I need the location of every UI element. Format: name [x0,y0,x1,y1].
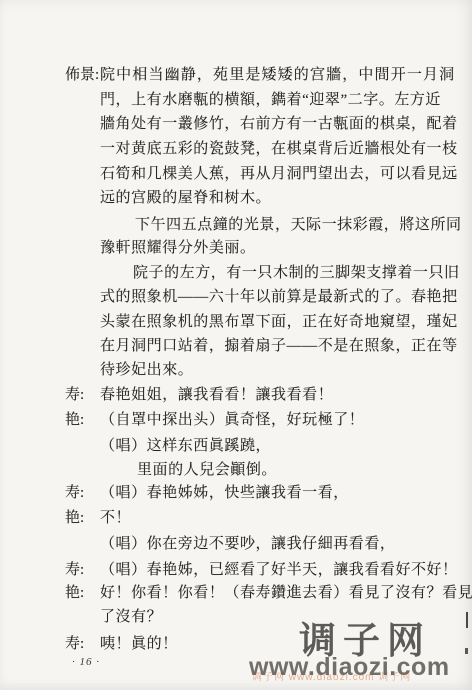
line-text: （唱）春艳姊姊，快些讓我看一看， [100,485,349,501]
dialogue-line: （唱）你在旁边不要吵，讓我仔細再看看， [65,533,395,555]
line-text: （唱）春艳姊，已經看了好半天，讓我看看好不好！ [100,562,458,578]
line-text: 院中相当幽静，苑里是矮矮的宫牆，中間开一月洞 [100,67,455,83]
dialogue-line: 寿:（唱）春艳姊姊，快些讓我看一看， [65,482,349,504]
line-text: 式的照象机——六十年以前算是最新式的了。春艳把 [100,289,458,305]
text-line: 下午四五点鐘的光景，天际一抹彩霞，將这所同 [65,214,462,236]
line-text: 牆角处有一叢修竹，右前方有一古甎面的棋桌，配着 [100,116,458,132]
speaker-label: 寿: [65,482,100,504]
dialogue-line: 了沒有？ [65,606,162,628]
line-text: 头蒙在照象机的黑布罩下面，正在好奇地窺望，瑾妃 [100,314,458,330]
watermark-url: www.diaozi.com [249,653,450,682]
line-text: 春艳姐姐，讓我看看！讓我看看！ [100,387,333,403]
speaker-label: 艳: [65,409,100,431]
line-text: 門，上有水磨甎的横額，鐫着“迎翠”二字。左方近 [100,92,441,108]
scan-edge-artifact [466,612,468,628]
line-text: 院子的左方，有一只木制的三脚架支撑着一只旧 [133,265,460,281]
line-text: 咦！眞的！ [100,636,178,652]
text-line: 豫軒照耀得分外美丽。 [65,237,256,259]
text-line: 远的宫殿的屋脊和树木。 [65,187,271,209]
text-line: 待珍妃出來。 [65,359,193,381]
line-text: 里面的人兒会顚倒。 [137,462,277,478]
speaker-label: 艳: [65,582,100,604]
dialogue-line: 艳:不！ [65,507,131,529]
page-number: · 16 · [72,656,100,668]
speaker-label: 寿: [65,384,100,406]
line-text: （唱）这样东西眞蹊蹺， [100,438,271,454]
dialogue-line: 寿:咦！眞的！ [65,633,178,655]
line-text: （唱）你在旁边不要吵，讓我仔細再看看， [100,536,395,552]
scan-edge-artifact [465,648,468,654]
line-text: 石筍和几棵美人蕉，再从月洞門望出去，可以看見远 [100,166,458,182]
text-line: 門，上有水磨甎的横額，鐫着“迎翠”二字。左方近 [65,89,441,111]
text-line: 式的照象机——六十年以前算是最新式的了。春艳把 [65,286,458,308]
text-line: 一对黄底五彩的瓷鼓凳，在棋桌背后近牆根处有一枝 [65,138,458,160]
line-text: 了沒有？ [100,609,162,625]
speaker-label: 寿: [65,559,100,581]
speaker-label: 寿: [65,633,100,655]
text-line: 头蒙在照象机的黑布罩下面，正在好奇地窺望，瑾妃 [65,311,458,333]
dialogue-line: 艳:好！你看！你看！（春寿鑽進去看）看見了沒有？看見 [65,582,472,604]
text-line: 佈景:院中相当幽静，苑里是矮矮的宫牆，中間开一月洞 [65,64,455,86]
dialogue-line: （唱）这样东西眞蹊蹺， [65,435,271,457]
line-text: 一对黄底五彩的瓷鼓凳，在棋桌背后近牆根处有一枝 [100,141,458,157]
line-text: 好！你看！你看！（春寿鑽進去看）看見了沒有？看見 [100,585,472,601]
text-line: 牆角处有一叢修竹，右前方有一古甎面的棋桌，配着 [65,113,458,135]
text-line: 院子的左方，有一只木制的三脚架支撑着一只旧 [65,262,460,284]
line-text: 不！ [100,510,131,526]
speaker-label: 艳: [65,507,100,529]
text-line: 在月洞門口站着，搧着扇子——不是在照象，正在等 [65,335,458,357]
scanned-page: 佈景:院中相当幽静，苑里是矮矮的宫牆，中間开一月洞 門，上有水磨甎的横額，鐫着“… [0,0,472,690]
line-text: （自罩中探出头）眞奇怪，好玩極了！ [100,412,364,428]
dialogue-line: 艳:（自罩中探出头）眞奇怪，好玩極了！ [65,409,364,431]
line-text: 远的宫殿的屋脊和树木。 [100,190,271,206]
line-text: 下午四五点鐘的光景，天际一抹彩霞，將这所同 [135,217,462,233]
line-text: 豫軒照耀得分外美丽。 [100,240,256,256]
line-text: 在月洞門口站着，搧着扇子——不是在照象，正在等 [100,338,458,354]
dialogue-line: 寿:（唱）春艳姊，已經看了好半天，讓我看看好不好！ [65,559,458,581]
dialogue-line: 里面的人兒会顚倒。 [65,459,277,481]
text-line: 石筍和几棵美人蕉，再从月洞門望出去，可以看見远 [65,163,458,185]
line-text: 待珍妃出來。 [100,362,193,378]
dialogue-line: 寿:春艳姐姐，讓我看看！讓我看看！ [65,384,333,406]
stage-direction-label: 佈景: [65,64,100,86]
